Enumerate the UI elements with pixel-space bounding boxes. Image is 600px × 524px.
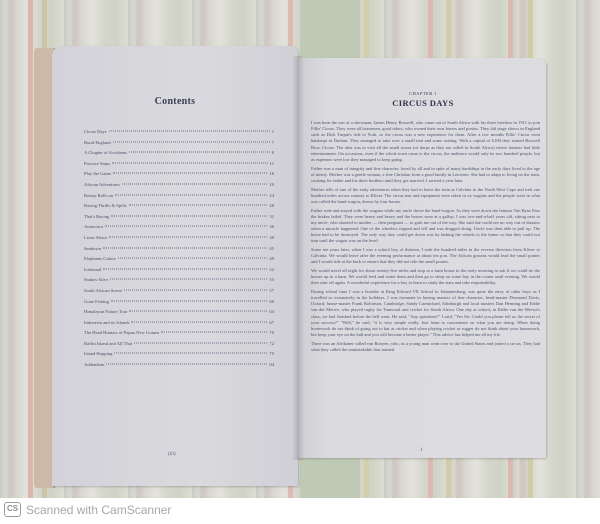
toc-entry-page: 64 bbox=[269, 307, 274, 318]
toc-entry-title: Gone Fishing bbox=[84, 297, 109, 308]
toc-dot-leader bbox=[103, 268, 267, 269]
toc-entry-page: 49 bbox=[269, 254, 274, 265]
toc-entry-page: 84 bbox=[269, 360, 274, 371]
body-paragraph: Some ten years later, when I was a schoo… bbox=[311, 247, 540, 265]
toc-entry-title: Himalayan Nature Tour bbox=[84, 307, 127, 318]
toc-entry-title: Racing Thrills & Spills bbox=[84, 201, 127, 212]
toc-entry: Island Hopping75 bbox=[84, 349, 274, 360]
toc-entry: Rural England7 bbox=[84, 138, 274, 149]
camscanner-logo-icon: CS bbox=[4, 502, 21, 517]
toc-entry: Play the Game16 bbox=[84, 169, 274, 180]
toc-dot-leader bbox=[134, 342, 267, 343]
table-of-contents: Circus Days1Rural England7A Chapter of A… bbox=[84, 127, 274, 371]
toc-entry-page: 16 bbox=[269, 169, 274, 180]
toc-dot-leader bbox=[109, 236, 268, 237]
toc-dot-leader bbox=[161, 332, 267, 333]
body-paragraph: We would travel all night for about twen… bbox=[311, 268, 540, 286]
chapter-body-text: I was born the son of a showman, James H… bbox=[311, 120, 540, 355]
toc-entry: Addendum84 bbox=[84, 360, 274, 371]
toc-entry-title: A Chapter of Accidents bbox=[84, 148, 127, 159]
toc-entry: The Head Hunters of Papua New Guinea70 bbox=[84, 328, 274, 339]
toc-entry-title: That's Racing bbox=[84, 212, 109, 223]
toc-dot-leader bbox=[118, 258, 268, 259]
toc-entry: A Chapter of Accidents8 bbox=[84, 148, 274, 159]
toc-dot-leader bbox=[129, 205, 268, 206]
toc-dot-leader bbox=[105, 226, 267, 227]
toc-entry: African Adventures19 bbox=[84, 180, 274, 191]
toc-entry: Practice Snips11 bbox=[84, 159, 274, 170]
toc-entry-page: 19 bbox=[269, 180, 274, 191]
left-page-number: (iii) bbox=[168, 452, 176, 457]
toc-entry-title: Sandown bbox=[84, 244, 101, 255]
toc-entry-title: Baffin Island and All That bbox=[84, 339, 132, 350]
toc-entry: South African Scene57 bbox=[84, 286, 274, 297]
toc-entry-title: Antarctica bbox=[84, 222, 103, 233]
toc-entry-page: 24 bbox=[269, 191, 274, 202]
toc-entry-page: 45 bbox=[269, 244, 274, 255]
toc-dot-leader bbox=[109, 131, 270, 132]
toc-dot-leader bbox=[103, 247, 267, 248]
toc-entry-page: 7 bbox=[272, 138, 274, 149]
toc-entry: That's Racing31 bbox=[84, 212, 274, 223]
camscanner-watermark-text: Scanned with CamScanner bbox=[26, 503, 171, 517]
toc-entry-title: Addendum bbox=[84, 360, 104, 371]
book-gutter bbox=[292, 56, 304, 460]
toc-dot-leader bbox=[114, 353, 267, 354]
toc-dot-leader bbox=[124, 289, 268, 290]
body-paragraph: I was born the son of a showman, James H… bbox=[311, 120, 540, 163]
toc-entry: Circus Days1 bbox=[84, 127, 274, 138]
toc-dot-leader bbox=[115, 194, 267, 195]
toc-entry-title: Practice Snips bbox=[84, 159, 110, 170]
toc-entry-title: Play the Game bbox=[84, 169, 111, 180]
toc-entry: Indonesia and its Islands67 bbox=[84, 318, 274, 329]
fabric-stripe bbox=[28, 0, 33, 498]
body-paragraph: During school time I was a boarder at Ki… bbox=[311, 289, 540, 338]
toc-entry-page: 57 bbox=[269, 286, 274, 297]
toc-entry-title: Rotary Rolls on bbox=[84, 191, 113, 202]
right-page-number: 1 bbox=[420, 448, 423, 453]
toc-dot-leader bbox=[110, 279, 267, 280]
toc-entry: Rotary Rolls on24 bbox=[84, 191, 274, 202]
toc-entry-page: 72 bbox=[269, 339, 274, 350]
body-paragraph: Father rode and stayed with the wagons w… bbox=[311, 208, 540, 245]
toc-dot-leader bbox=[111, 215, 267, 216]
toc-entry-page: 75 bbox=[269, 349, 274, 360]
toc-entry: Antarctica36 bbox=[84, 222, 274, 233]
toc-entry-page: 67 bbox=[269, 318, 274, 329]
toc-entry-page: 39 bbox=[269, 233, 274, 244]
toc-entry-page: 1 bbox=[272, 127, 274, 138]
toc-entry-page: 8 bbox=[272, 148, 274, 159]
toc-entry-page: 60 bbox=[269, 297, 274, 308]
body-paragraph: Mother tells of one of the early adventu… bbox=[311, 187, 540, 205]
toc-entry-title: Rural England bbox=[84, 138, 111, 149]
toc-dot-leader bbox=[111, 300, 268, 301]
toc-dot-leader bbox=[129, 152, 270, 153]
toc-entry: Icebound52 bbox=[84, 265, 274, 276]
toc-entry: Himalayan Nature Tour64 bbox=[84, 307, 274, 318]
toc-entry-title: Elephants Galore bbox=[84, 254, 116, 265]
toc-dot-leader bbox=[113, 141, 270, 142]
toc-entry-page: 36 bbox=[269, 222, 274, 233]
toc-dot-leader bbox=[112, 162, 267, 163]
toc-dot-leader bbox=[106, 364, 267, 365]
body-paragraph: There was an Afrikaner called van Rooyen… bbox=[311, 341, 540, 353]
toc-entry-title: Icebound bbox=[84, 265, 101, 276]
toc-dot-leader bbox=[129, 311, 267, 312]
scanner-footer: CS Scanned with CamScanner bbox=[0, 498, 600, 524]
toc-entry-page: 55 bbox=[269, 275, 274, 286]
contents-title: Contents bbox=[52, 96, 298, 107]
toc-dot-leader bbox=[122, 183, 267, 184]
toc-entry: Elephants Galore49 bbox=[84, 254, 274, 265]
toc-entry-title: South African Scene bbox=[84, 286, 122, 297]
toc-entry-page: 11 bbox=[270, 159, 274, 170]
toc-entry: Lions About39 bbox=[84, 233, 274, 244]
toc-entry-title: Snakes Alive bbox=[84, 275, 108, 286]
toc-entry: Snakes Alive55 bbox=[84, 275, 274, 286]
toc-entry: Gone Fishing60 bbox=[84, 297, 274, 308]
toc-entry-page: 70 bbox=[269, 328, 274, 339]
toc-entry-title: African Adventures bbox=[84, 180, 120, 191]
toc-dot-leader bbox=[113, 173, 267, 174]
body-paragraph: Father was a man of integrity and fine c… bbox=[311, 166, 540, 184]
toc-entry: Sandown45 bbox=[84, 244, 274, 255]
chapter-title: CIRCUS DAYS bbox=[300, 98, 546, 108]
toc-entry-title: Island Hopping bbox=[84, 349, 112, 360]
toc-entry-page: 52 bbox=[269, 265, 274, 276]
toc-entry-title: Lions About bbox=[84, 233, 107, 244]
toc-dot-leader bbox=[131, 321, 267, 322]
toc-entry-title: Circus Days bbox=[84, 127, 107, 138]
toc-entry-title: Indonesia and its Islands bbox=[84, 318, 129, 329]
toc-entry: Racing Thrills & Spills28 bbox=[84, 201, 274, 212]
toc-entry: Baffin Island and All That72 bbox=[84, 339, 274, 350]
chapter-label: CHAPTER 1 bbox=[300, 91, 546, 96]
toc-entry-page: 28 bbox=[269, 201, 274, 212]
toc-entry-title: The Head Hunters of Papua New Guinea bbox=[84, 328, 159, 339]
toc-entry-page: 31 bbox=[269, 212, 274, 223]
